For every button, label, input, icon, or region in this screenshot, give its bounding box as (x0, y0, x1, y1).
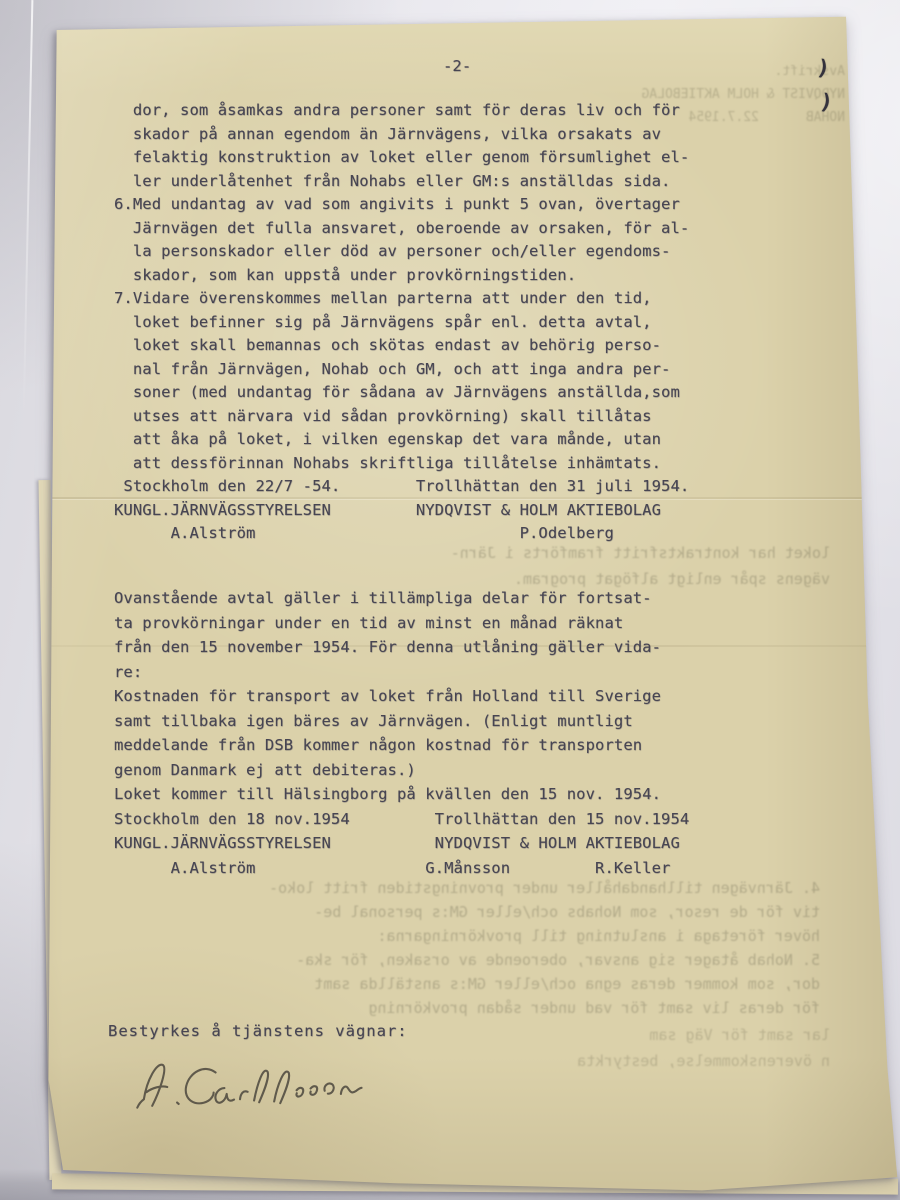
ink-mark: ) (818, 89, 834, 115)
bleedthrough-text-bottom: 4. Järnvägen tillhandahåller under provn… (105, 876, 820, 1020)
typed-block-upper: dor, som åsamkas andra personer samt för… (114, 99, 689, 546)
bleedthrough-text-mid: loket har kontraktsfritt framförts i Jär… (380, 540, 830, 592)
typed-block-lower: Ovanstående avtal gäller i tillämpliga d… (114, 586, 689, 880)
bleedthrough-text-attest: lar samt för Väg sam n överenskommelse, … (420, 1022, 830, 1074)
signature-path (135, 1054, 362, 1110)
handwritten-signature (124, 1042, 363, 1118)
paper-wrap: Avskrift. NYDQVIST & HOLM AKTIEBOLAG NOH… (0, 0, 900, 1200)
ink-mark: ) (815, 55, 831, 81)
paper-sheet: Avskrift. NYDQVIST & HOLM AKTIEBOLAG NOH… (0, 0, 900, 1200)
signature-drawing (124, 1042, 363, 1118)
attestation-line: Bestyrkes å tjänstens vägnar: (108, 1020, 408, 1042)
page-number: -2- (443, 56, 471, 76)
